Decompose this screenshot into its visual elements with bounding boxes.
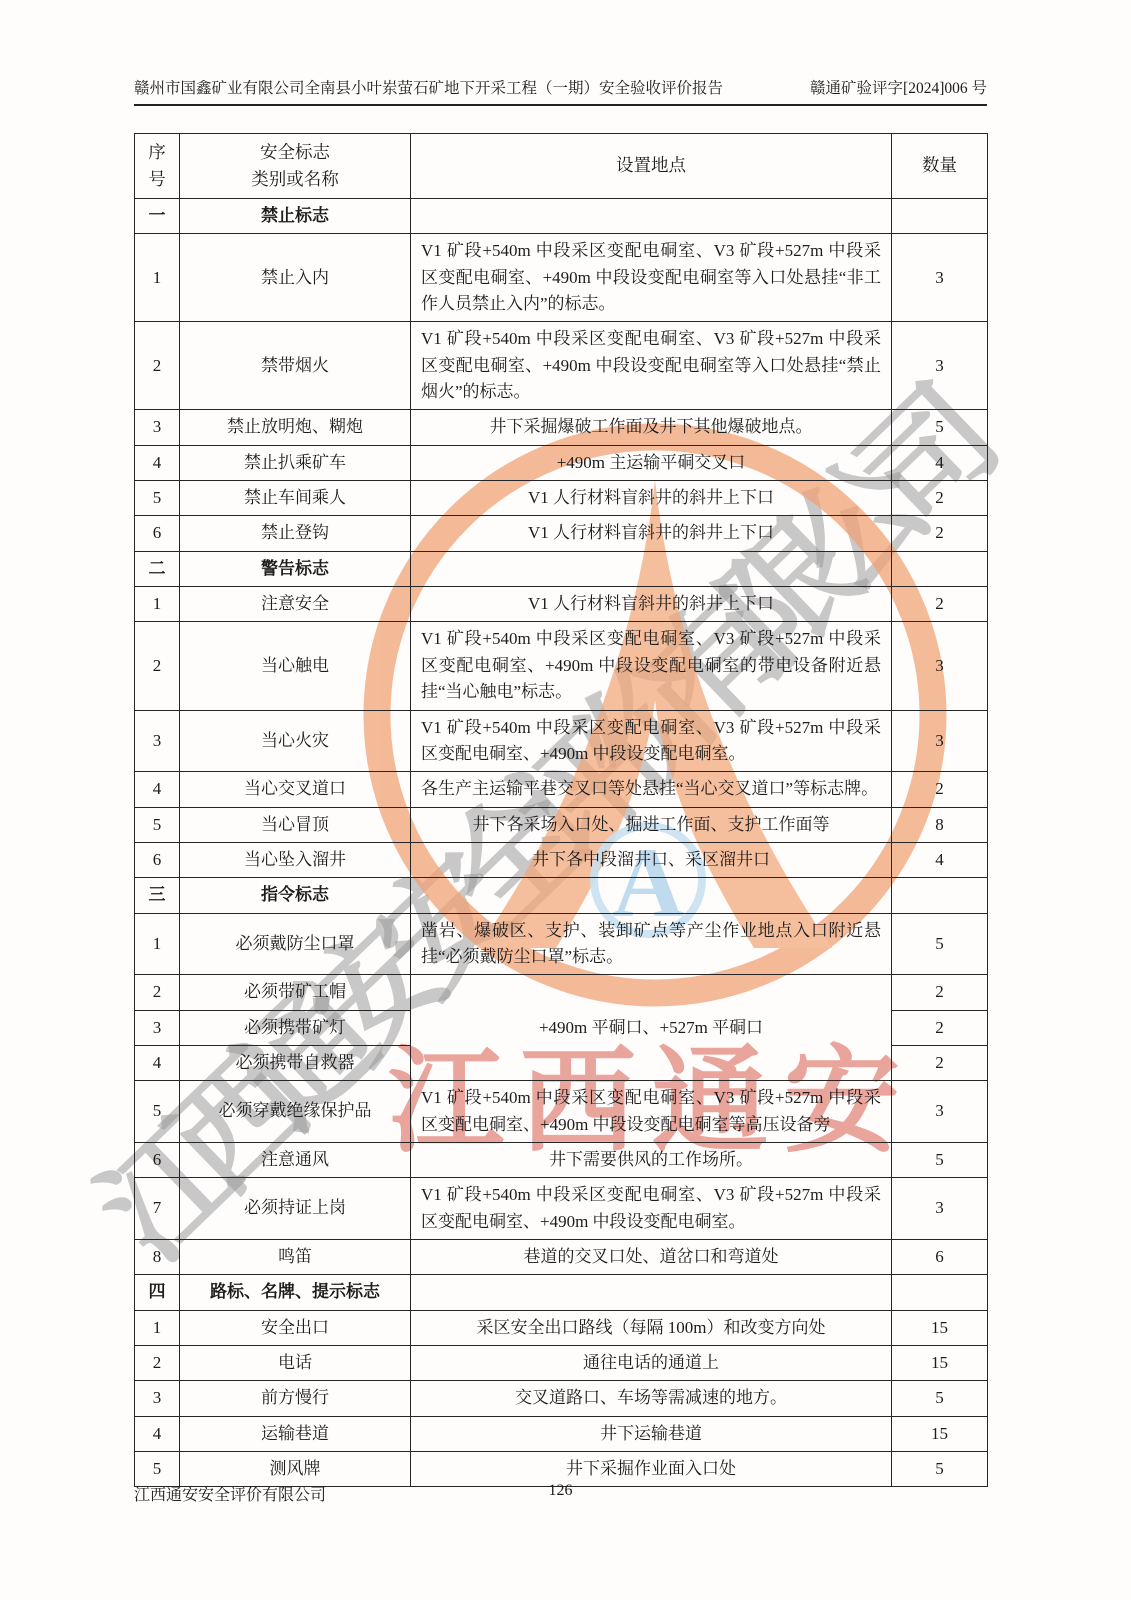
cell-name: 鸣笛 — [180, 1240, 411, 1275]
document-page: 江西通安安全评价有限公司 A 江西通安 赣州市国鑫矿业有限公司全南县小叶岽萤石矿… — [0, 0, 1131, 1600]
cell-no: 2 — [135, 975, 180, 1010]
cell-location: 井下各采场入口处、掘进工作面、支护工作面等 — [411, 807, 892, 842]
cell-no: 二 — [135, 551, 180, 586]
cell-location: 通往电话的通道上 — [411, 1346, 892, 1381]
cell-location: V1 矿段+540m 中段采区变配电硐室、V3 矿段+527m 中段采区变配电硐… — [411, 622, 892, 710]
cell-location: V1 矿段+540m 中段采区变配电硐室、V3 矿段+527m 中段采区变配电硐… — [411, 234, 892, 322]
table-row: 4运输巷道井下运输巷道15 — [135, 1416, 988, 1451]
cell-qty: 3 — [892, 234, 988, 322]
document-number: 赣通矿验评字[2024]006 号 — [810, 76, 987, 98]
table-row: 3禁止放明炮、糊炮井下采掘爆破工作面及井下其他爆破地点。5 — [135, 410, 988, 445]
cell-name: 必须戴防尘口罩 — [180, 913, 411, 975]
table-row: 2禁带烟火V1 矿段+540m 中段采区变配电硐室、V3 矿段+527m 中段采… — [135, 322, 988, 410]
cell-no: 4 — [135, 772, 180, 807]
cell-qty: 2 — [892, 516, 988, 551]
cell-name: 运输巷道 — [180, 1416, 411, 1451]
cell-qty: 3 — [892, 1081, 988, 1143]
cell-location — [411, 199, 892, 234]
cell-qty — [892, 878, 988, 913]
cell-no: 三 — [135, 878, 180, 913]
table-row: 6注意通风井下需要供风的工作场所。5 — [135, 1142, 988, 1177]
cell-location: V1 矿段+540m 中段采区变配电硐室、V3 矿段+527m 中段采区变配电硐… — [411, 1178, 892, 1240]
cell-location: 井下各中段溜井口、采区溜井口 — [411, 842, 892, 877]
cell-name: 指令标志 — [180, 878, 411, 913]
cell-name: 必须携带矿灯 — [180, 1010, 411, 1045]
cell-qty: 2 — [892, 772, 988, 807]
cell-qty: 15 — [892, 1346, 988, 1381]
report-title: 赣州市国鑫矿业有限公司全南县小叶岽萤石矿地下开采工程（一期）安全验收评价报告 — [134, 76, 723, 98]
cell-name: 路标、名牌、提示标志 — [180, 1275, 411, 1310]
cell-name: 禁止放明炮、糊炮 — [180, 410, 411, 445]
cell-name: 禁止标志 — [180, 199, 411, 234]
cell-name: 必须带矿工帽 — [180, 975, 411, 1010]
cell-no: 4 — [135, 1045, 180, 1080]
cell-name: 当心触电 — [180, 622, 411, 710]
cell-qty: 2 — [892, 975, 988, 1010]
table-row: 5禁止车间乘人V1 人行材料盲斜井的斜井上下口2 — [135, 481, 988, 516]
cell-qty — [892, 199, 988, 234]
cell-qty: 15 — [892, 1310, 988, 1345]
cell-no: 6 — [135, 842, 180, 877]
cell-no: 6 — [135, 516, 180, 551]
cell-name: 当心冒顶 — [180, 807, 411, 842]
cell-no: 5 — [135, 481, 180, 516]
cell-no: 2 — [135, 322, 180, 410]
cell-location — [411, 551, 892, 586]
cell-qty: 4 — [892, 445, 988, 480]
cell-location: V1 人行材料盲斜井的斜井上下口 — [411, 587, 892, 622]
cell-no: 5 — [135, 807, 180, 842]
cell-name: 安全出口 — [180, 1310, 411, 1345]
cell-name: 电话 — [180, 1346, 411, 1381]
table-row: 8鸣笛巷道的交叉口处、道岔口和弯道处6 — [135, 1240, 988, 1275]
cell-location — [411, 878, 892, 913]
column-header: 数量 — [892, 134, 988, 199]
safety-signs-table: 序 号安全标志 类别或名称设置地点数量 一禁止标志1禁止入内V1 矿段+540m… — [134, 133, 988, 1487]
cell-name: 禁止扒乘矿车 — [180, 445, 411, 480]
cell-no: 1 — [135, 913, 180, 975]
table-row: 4禁止扒乘矿车+490m 主运输平硐交叉口4 — [135, 445, 988, 480]
cell-name: 当心交叉道口 — [180, 772, 411, 807]
cell-no: 3 — [135, 1381, 180, 1416]
cell-no: 1 — [135, 587, 180, 622]
cell-no: 3 — [135, 1010, 180, 1045]
cell-no: 4 — [135, 445, 180, 480]
section-row: 三指令标志 — [135, 878, 988, 913]
cell-name: 当心火灾 — [180, 710, 411, 772]
cell-location: 凿岩、爆破区、支护、装卸矿点等产尘作业地点入口附近悬挂“必须戴防尘口罩”标志。 — [411, 913, 892, 975]
cell-location: V1 矿段+540m 中段采区变配电硐室、V3 矿段+527m 中段采区变配电硐… — [411, 710, 892, 772]
cell-location: +490m 主运输平硐交叉口 — [411, 445, 892, 480]
page-number: 126 — [134, 1482, 987, 1500]
cell-location: 交叉道路口、车场等需减速的地方。 — [411, 1381, 892, 1416]
cell-location: 井下运输巷道 — [411, 1416, 892, 1451]
cell-qty: 6 — [892, 1240, 988, 1275]
cell-no: 6 — [135, 1142, 180, 1177]
cell-location: 各生产主运输平巷交叉口等处悬挂“当心交叉道口”等标志牌。 — [411, 772, 892, 807]
cell-location: 巷道的交叉口处、道岔口和弯道处 — [411, 1240, 892, 1275]
table-row: 2必须带矿工帽+490m 平硐口、+527m 平硐口2 — [135, 975, 988, 1010]
column-header: 序 号 — [135, 134, 180, 199]
cell-location: V1 人行材料盲斜井的斜井上下口 — [411, 481, 892, 516]
cell-no: 四 — [135, 1275, 180, 1310]
cell-name: 注意通风 — [180, 1142, 411, 1177]
cell-no: 5 — [135, 1081, 180, 1143]
cell-qty: 3 — [892, 710, 988, 772]
cell-no: 8 — [135, 1240, 180, 1275]
table-row: 1禁止入内V1 矿段+540m 中段采区变配电硐室、V3 矿段+527m 中段采… — [135, 234, 988, 322]
table-row: 6当心坠入溜井井下各中段溜井口、采区溜井口4 — [135, 842, 988, 877]
table-row: 7必须持证上岗V1 矿段+540m 中段采区变配电硐室、V3 矿段+527m 中… — [135, 1178, 988, 1240]
table-row: 3前方慢行交叉道路口、车场等需减速的地方。5 — [135, 1381, 988, 1416]
cell-location: V1 矿段+540m 中段采区变配电硐室、V3 矿段+527m 中段采区变配电硐… — [411, 322, 892, 410]
cell-no: 2 — [135, 622, 180, 710]
cell-no: 一 — [135, 199, 180, 234]
table-header-row: 序 号安全标志 类别或名称设置地点数量 — [135, 134, 988, 199]
cell-qty: 3 — [892, 322, 988, 410]
cell-no: 3 — [135, 710, 180, 772]
cell-name: 禁止车间乘人 — [180, 481, 411, 516]
table-header: 序 号安全标志 类别或名称设置地点数量 — [135, 134, 988, 199]
section-row: 一禁止标志 — [135, 199, 988, 234]
cell-location: 采区安全出口路线（每隔 100m）和改变方向处 — [411, 1310, 892, 1345]
cell-no: 3 — [135, 410, 180, 445]
table-row: 4当心交叉道口各生产主运输平巷交叉口等处悬挂“当心交叉道口”等标志牌。2 — [135, 772, 988, 807]
table-row: 1安全出口采区安全出口路线（每隔 100m）和改变方向处15 — [135, 1310, 988, 1345]
table-row: 2当心触电V1 矿段+540m 中段采区变配电硐室、V3 矿段+527m 中段采… — [135, 622, 988, 710]
cell-qty: 5 — [892, 410, 988, 445]
cell-no: 4 — [135, 1416, 180, 1451]
cell-name: 当心坠入溜井 — [180, 842, 411, 877]
cell-qty: 4 — [892, 842, 988, 877]
cell-name: 禁止登钩 — [180, 516, 411, 551]
section-row: 四路标、名牌、提示标志 — [135, 1275, 988, 1310]
cell-name: 禁止入内 — [180, 234, 411, 322]
cell-location: V1 矿段+540m 中段采区变配电硐室、V3 矿段+527m 中段采区变配电硐… — [411, 1081, 892, 1143]
page-header: 赣州市国鑫矿业有限公司全南县小叶岽萤石矿地下开采工程（一期）安全验收评价报告 赣… — [134, 76, 987, 106]
cell-location: V1 人行材料盲斜井的斜井上下口 — [411, 516, 892, 551]
cell-qty: 2 — [892, 481, 988, 516]
table-row: 3当心火灾V1 矿段+540m 中段采区变配电硐室、V3 矿段+527m 中段采… — [135, 710, 988, 772]
cell-name: 必须持证上岗 — [180, 1178, 411, 1240]
cell-name: 前方慢行 — [180, 1381, 411, 1416]
cell-location — [411, 1275, 892, 1310]
cell-qty: 5 — [892, 1381, 988, 1416]
cell-qty: 5 — [892, 1142, 988, 1177]
cell-no: 7 — [135, 1178, 180, 1240]
column-header: 设置地点 — [411, 134, 892, 199]
cell-name: 必须携带自救器 — [180, 1045, 411, 1080]
table-row: 5必须穿戴绝缘保护品V1 矿段+540m 中段采区变配电硐室、V3 矿段+527… — [135, 1081, 988, 1143]
table-row: 5当心冒顶井下各采场入口处、掘进工作面、支护工作面等8 — [135, 807, 988, 842]
cell-qty: 8 — [892, 807, 988, 842]
cell-name: 禁带烟火 — [180, 322, 411, 410]
cell-name: 注意安全 — [180, 587, 411, 622]
cell-qty — [892, 551, 988, 586]
cell-name: 警告标志 — [180, 551, 411, 586]
column-header: 安全标志 类别或名称 — [180, 134, 411, 199]
cell-qty: 3 — [892, 622, 988, 710]
table-row: 6禁止登钩V1 人行材料盲斜井的斜井上下口2 — [135, 516, 988, 551]
cell-qty: 2 — [892, 1045, 988, 1080]
cell-location: 井下采掘爆破工作面及井下其他爆破地点。 — [411, 410, 892, 445]
table-row: 1必须戴防尘口罩凿岩、爆破区、支护、装卸矿点等产尘作业地点入口附近悬挂“必须戴防… — [135, 913, 988, 975]
cell-qty — [892, 1275, 988, 1310]
cell-name: 必须穿戴绝缘保护品 — [180, 1081, 411, 1143]
section-row: 二警告标志 — [135, 551, 988, 586]
cell-qty: 15 — [892, 1416, 988, 1451]
cell-qty: 2 — [892, 587, 988, 622]
table-body: 一禁止标志1禁止入内V1 矿段+540m 中段采区变配电硐室、V3 矿段+527… — [135, 199, 988, 1487]
cell-no: 1 — [135, 234, 180, 322]
cell-qty: 5 — [892, 913, 988, 975]
cell-no: 2 — [135, 1346, 180, 1381]
cell-location: +490m 平硐口、+527m 平硐口 — [411, 975, 892, 1081]
cell-no: 1 — [135, 1310, 180, 1345]
table-row: 1注意安全V1 人行材料盲斜井的斜井上下口2 — [135, 587, 988, 622]
cell-qty: 2 — [892, 1010, 988, 1045]
table-row: 2电话通往电话的通道上15 — [135, 1346, 988, 1381]
cell-location: 井下需要供风的工作场所。 — [411, 1142, 892, 1177]
cell-qty: 3 — [892, 1178, 988, 1240]
